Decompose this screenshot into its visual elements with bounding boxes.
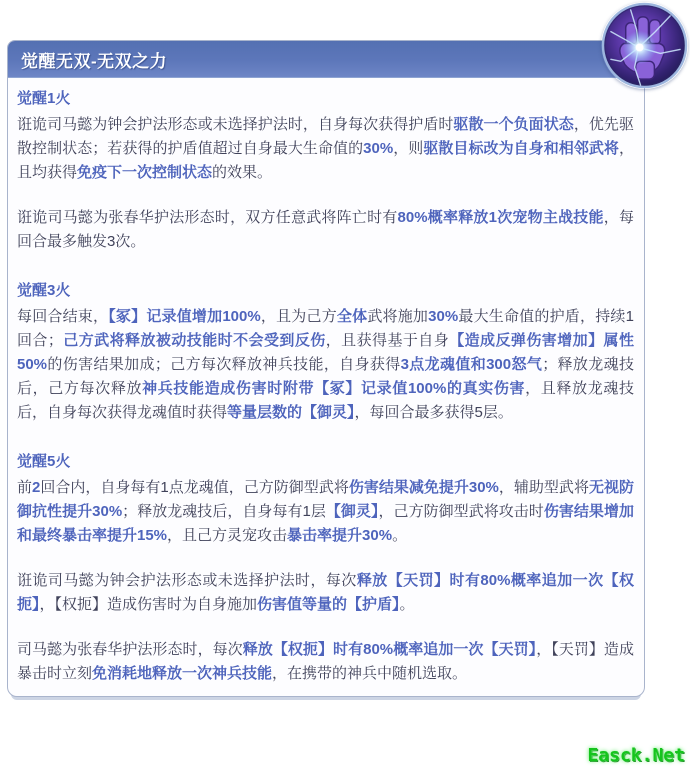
body-text: ，【权扼】造成伤害时为自身施加 xyxy=(40,596,258,613)
body-text: ，则 xyxy=(393,140,423,157)
skill-section: 觉醒5火前2回合内，自身每有1点龙魂值，己方防御型武将伤害结果减免提升30%，辅… xyxy=(17,451,634,686)
skill-paragraph: 诳诡司马懿为张春华护法形态时，双方任意武将阵亡时有80%概率释放1次宠物主战技能… xyxy=(17,206,634,254)
body-text: 武将施加 xyxy=(367,308,428,325)
highlighted-text: 神兵技能造成伤害时附带【冢】记录值100%的真实伤害 xyxy=(142,380,525,397)
skill-title: 觉醒无双-无双之力 xyxy=(21,47,167,72)
highlighted-text: 全体 xyxy=(337,308,367,325)
body-text: 前 xyxy=(17,479,32,496)
body-text: ，且己方灵宠攻击 xyxy=(167,527,287,544)
highlighted-text: 30% xyxy=(428,308,458,325)
skill-icon xyxy=(601,2,688,89)
section-heading: 觉醒3火 xyxy=(17,280,634,302)
skill-paragraph: 诳诡司马懿为钟会护法形态或未选择护法时，每次释放【天罚】时有80%概率追加一次【… xyxy=(17,569,634,617)
body-text: 诳诡司马懿为张春华护法形态时，双方任意武将阵亡时有 xyxy=(17,209,398,226)
highlighted-text: 暴击率提升30% xyxy=(287,527,392,544)
body-text: 。 xyxy=(400,596,415,613)
body-text: ，每回合最多获得5层。 xyxy=(355,404,513,421)
skill-section: 觉醒1火诳诡司马懿为钟会护法形态或未选择护法时，自身每次获得护盾时驱散一个负面状… xyxy=(17,88,634,254)
skill-paragraph: 每回合结束，【冢】记录值增加100%，且为己方全体武将施加30%最大生命值的护盾… xyxy=(17,305,634,425)
highlighted-text: 免消耗地释放一次神兵技能 xyxy=(92,665,272,682)
body-text: ，在携带的神兵中随机选取。 xyxy=(272,665,467,682)
body-text: 的伤害结果加成；己方每次释放神兵技能，自身获得 xyxy=(47,356,401,373)
highlighted-text: 【冢】记录值增加100% xyxy=(108,308,260,325)
body-text: 。 xyxy=(392,527,407,544)
section-heading: 觉醒1火 xyxy=(17,88,634,110)
skill-description-body: 觉醒1火诳诡司马懿为钟会护法形态或未选择护法时，自身每次获得护盾时驱散一个负面状… xyxy=(8,78,644,696)
section-heading: 觉醒5火 xyxy=(17,451,634,473)
body-text: 的效果。 xyxy=(212,164,272,181)
body-text: 每回合结束， xyxy=(17,308,108,325)
watermark: Easck.Net xyxy=(587,745,685,766)
highlighted-text: 免疫下一次控制状态 xyxy=(77,164,212,181)
body-text: 司马懿为张春华护法形态时，每次 xyxy=(17,641,243,658)
highlighted-text: 驱散一个负面状态 xyxy=(453,116,573,133)
skill-paragraph: 司马懿为张春华护法形态时，每次释放【权扼】时有80%概率追加一次【天罚】，【天罚… xyxy=(17,638,634,686)
body-text: ，且为己方 xyxy=(261,308,337,325)
body-text: ；释放龙魂技后，自身每有1层 xyxy=(122,503,326,520)
highlighted-text: 3点龙魂值和300怒气 xyxy=(401,356,543,373)
highlighted-text: 己方武将释放被动技能时不会受到反伤 xyxy=(63,332,326,349)
body-text: 诳诡司马懿为钟会护法形态或未选择护法时，每次 xyxy=(17,572,357,589)
highlighted-text: 伤害结果减免提升30% xyxy=(349,479,499,496)
highlighted-text: 伤害值等量的【护盾】 xyxy=(257,596,400,613)
skill-title-bar: 觉醒无双-无双之力 xyxy=(8,41,644,78)
skill-paragraph: 诳诡司马懿为钟会护法形态或未选择护法时，自身每次获得护盾时驱散一个负面状态，优先… xyxy=(17,113,634,185)
highlighted-text: 驱散目标改为自身和相邻武将 xyxy=(423,140,619,157)
body-text: 诳诡司马懿为钟会护法形态或未选择护法时，自身每次获得护盾时 xyxy=(17,116,453,133)
highlighted-text: 等量层数的【御灵】 xyxy=(227,404,355,421)
skill-panel: 觉醒无双-无双之力 觉醒1火诳诡司马懿为钟会护法形态或未选择护法时，自身每次获得… xyxy=(7,40,645,697)
highlighted-text: 释放【权扼】时有80%概率追加一次【天罚】 xyxy=(243,641,536,658)
skill-section: 觉醒3火每回合结束，【冢】记录值增加100%，且为己方全体武将施加30%最大生命… xyxy=(17,280,634,425)
body-text: 回合内，自身每有1点龙魂值，己方防御型武将 xyxy=(40,479,348,496)
body-text: ，己方防御型武将攻击时 xyxy=(379,503,544,520)
skill-paragraph: 前2回合内，自身每有1点龙魂值，己方防御型武将伤害结果减免提升30%，辅助型武将… xyxy=(17,476,634,548)
highlighted-text: 【御灵】 xyxy=(326,503,379,520)
body-text: ，且获得基于自身 xyxy=(326,332,449,349)
highlighted-text: 30% xyxy=(363,140,393,157)
body-text: ，辅助型武将 xyxy=(499,479,589,496)
highlighted-text: 80%概率释放1次宠物主战技能 xyxy=(398,209,604,226)
fist-energy-icon xyxy=(601,2,688,89)
